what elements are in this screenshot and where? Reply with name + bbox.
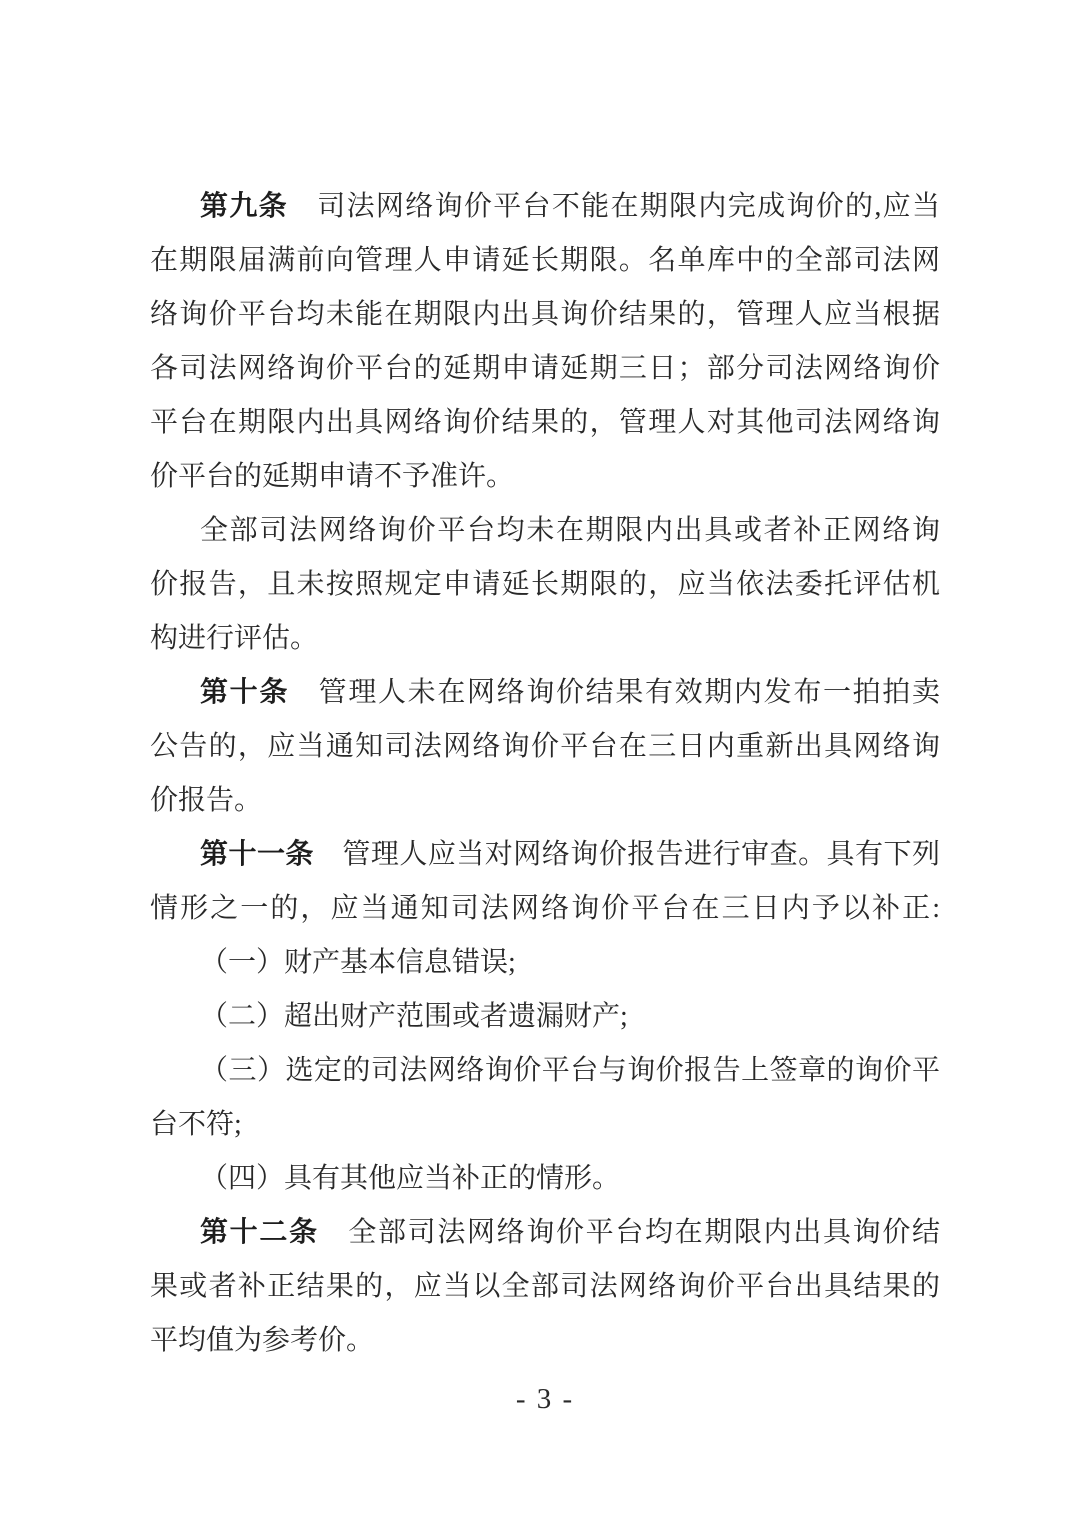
doc-line: （四）具有其他应当补正的情形。 (150, 1152, 940, 1206)
doc-line: 平台在期限内出具网络询价结果的，管理人对其他司法网络询 (150, 396, 940, 450)
doc-line: 构进行评估。 (150, 612, 940, 666)
line-text: 各司法网络询价平台的延期申请延期三日；部分司法网络询价 (150, 353, 940, 384)
line-text: （三）选定的司法网络询价平台与询价报告上签章的询价平 (200, 1055, 940, 1086)
page-number: - 3 - (150, 1372, 940, 1426)
line-text: 情形之一的，应当通知司法网络询价平台在三日内予以补正: (150, 893, 940, 924)
doc-line: （二）超出财产范围或者遗漏财产; (150, 990, 940, 1044)
line-text: 管理人应当对网络询价报告进行审查。具有下列 (314, 839, 940, 870)
document-body: 第九条 司法网络询价平台不能在期限内完成询价的,应当 在期限届满前向管理人申请延… (150, 180, 940, 1426)
article-number: 第十一条 (200, 839, 314, 870)
line-text: （二）超出财产范围或者遗漏财产; (200, 1001, 628, 1032)
article-number: 第九条 (200, 191, 288, 222)
doc-line: 第九条 司法网络询价平台不能在期限内完成询价的,应当 (150, 180, 940, 234)
line-text: 在期限届满前向管理人申请延长期限。名单库中的全部司法网 (150, 245, 940, 276)
line-text: 全部司法网络询价平台均在期限内出具询价结 (319, 1217, 940, 1248)
line-text: 平台在期限内出具网络询价结果的，管理人对其他司法网络询 (150, 407, 940, 438)
line-text: 管理人未在网络询价结果有效期内发布一拍拍卖 (289, 677, 940, 708)
doc-line: 第十一条 管理人应当对网络询价报告进行审查。具有下列 (150, 828, 940, 882)
doc-line: 公告的，应当通知司法网络询价平台在三日内重新出具网络询 (150, 720, 940, 774)
line-text: 公告的，应当通知司法网络询价平台在三日内重新出具网络询 (150, 731, 940, 762)
article-number: 第十二条 (200, 1217, 319, 1248)
doc-line: 全部司法网络询价平台均未在期限内出具或者补正网络询 (150, 504, 940, 558)
doc-line: 价报告。 (150, 774, 940, 828)
doc-line: 在期限届满前向管理人申请延长期限。名单库中的全部司法网 (150, 234, 940, 288)
line-text: 价报告，且未按照规定申请延长期限的，应当依法委托评估机 (150, 569, 940, 600)
doc-line: 各司法网络询价平台的延期申请延期三日；部分司法网络询价 (150, 342, 940, 396)
line-text: 平均值为参考价。 (150, 1325, 374, 1356)
line-text: 络询价平台均未能在期限内出具询价结果的，管理人应当根据 (150, 299, 940, 330)
doc-line: （三）选定的司法网络询价平台与询价报告上签章的询价平 (150, 1044, 940, 1098)
line-text: （四）具有其他应当补正的情形。 (200, 1163, 620, 1194)
doc-line: （一）财产基本信息错误; (150, 936, 940, 990)
doc-line: 情形之一的，应当通知司法网络询价平台在三日内予以补正: (150, 882, 940, 936)
line-text: 全部司法网络询价平台均未在期限内出具或者补正网络询 (200, 515, 940, 546)
line-text: 价报告。 (150, 785, 262, 816)
line-text: （一）财产基本信息错误; (200, 947, 516, 978)
doc-line: 第十二条 全部司法网络询价平台均在期限内出具询价结 (150, 1206, 940, 1260)
line-text: 台不符; (150, 1109, 242, 1140)
line-text: 司法网络询价平台不能在期限内完成询价的,应当 (288, 191, 940, 222)
doc-line: 台不符; (150, 1098, 940, 1152)
article-number: 第十条 (200, 677, 289, 708)
line-text: 价平台的延期申请不予准许。 (150, 461, 514, 492)
line-text: 构进行评估。 (150, 623, 318, 654)
doc-line: 价报告，且未按照规定申请延长期限的，应当依法委托评估机 (150, 558, 940, 612)
doc-line: 络询价平台均未能在期限内出具询价结果的，管理人应当根据 (150, 288, 940, 342)
doc-line: 价平台的延期申请不予准许。 (150, 450, 940, 504)
line-text: 果或者补正结果的，应当以全部司法网络询价平台出具结果的 (150, 1271, 940, 1302)
doc-line: 平均值为参考价。 (150, 1314, 940, 1368)
doc-line: 果或者补正结果的，应当以全部司法网络询价平台出具结果的 (150, 1260, 940, 1314)
document-page: 第九条 司法网络询价平台不能在期限内完成询价的,应当 在期限届满前向管理人申请延… (0, 0, 1080, 1528)
doc-line: 第十条 管理人未在网络询价结果有效期内发布一拍拍卖 (150, 666, 940, 720)
